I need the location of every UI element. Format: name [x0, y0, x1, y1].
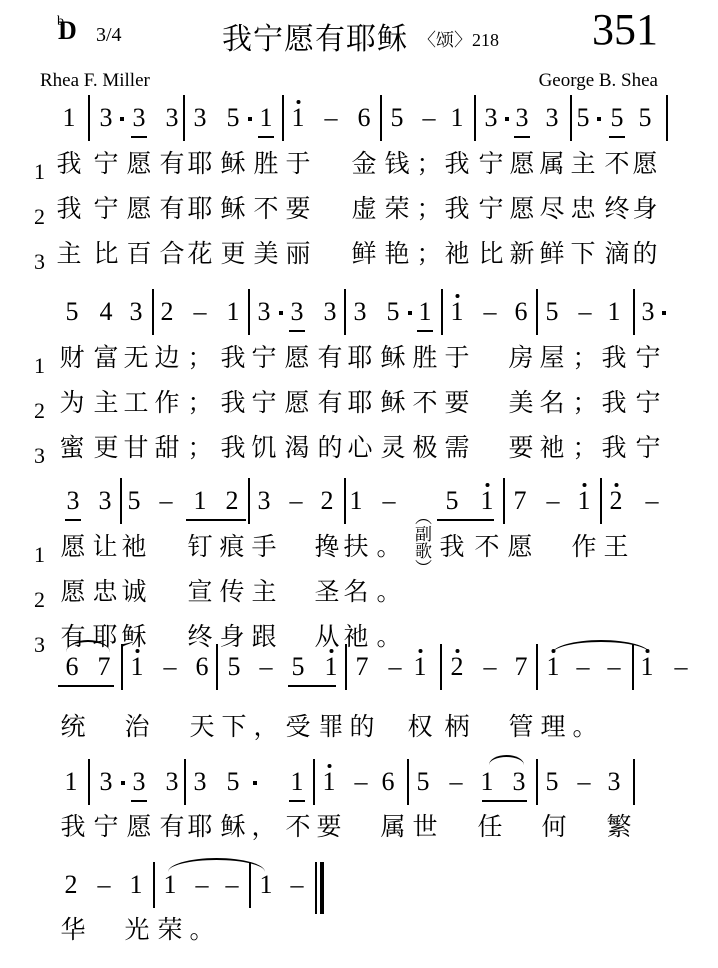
note: 5 [639, 103, 652, 133]
barline [407, 759, 409, 805]
lyric-char: 不 [604, 149, 629, 179]
lyric-char: 搀 [314, 532, 339, 562]
barline [633, 759, 635, 805]
note: 3 [166, 103, 179, 133]
octave-dot [455, 294, 459, 298]
lyric-char: 我 [60, 812, 85, 842]
dash-sustain: – [423, 103, 436, 133]
note: 7 [514, 486, 527, 516]
eighth-underline [289, 800, 305, 802]
note: 7 [515, 652, 528, 682]
note: 3 [642, 297, 655, 327]
lyric-char: 愿 [284, 343, 309, 373]
lyric-char: 虚 [351, 194, 376, 224]
lyric-char: 甘 [123, 433, 148, 463]
lyric-char: 房 [508, 343, 533, 373]
lyric-char: 要 [444, 388, 469, 418]
lyric-char: 渴 [284, 433, 309, 463]
lyric-char: 丽 [285, 239, 310, 269]
note: 6 [196, 652, 209, 682]
note: 5 [387, 297, 400, 327]
lyric-char: 饥 [251, 433, 276, 463]
lyric-char: 我 [220, 388, 245, 418]
lyric-char: 无 [123, 343, 148, 373]
note: 1 [481, 767, 494, 797]
lyric-char: 需 [444, 433, 469, 463]
lyric-char: ； [572, 343, 597, 373]
barline [600, 478, 602, 524]
note: 1 [350, 486, 363, 516]
verse-number: 1 [34, 353, 45, 379]
note: 3 [291, 297, 304, 327]
note: 1 [578, 486, 591, 516]
lyric-char: 罪 [318, 712, 343, 742]
octave-dot [296, 100, 300, 104]
barline [282, 95, 284, 141]
note: 2 [610, 486, 623, 516]
augmentation-dot [408, 311, 412, 315]
dash-sustain: – [290, 486, 303, 516]
note: 3 [130, 297, 143, 327]
note: 3 [258, 297, 271, 327]
note: 1 [414, 652, 427, 682]
octave-dot [327, 764, 331, 768]
beam-underline [58, 685, 114, 687]
lyric-char: 主 [251, 577, 276, 607]
dash-sustain: – [194, 297, 207, 327]
lyric-char: 作 [154, 388, 179, 418]
key-signature: D [58, 16, 77, 46]
lyric-char: ， [251, 812, 276, 842]
barline [570, 95, 572, 141]
barline [313, 759, 315, 805]
lyric-char: 我 [220, 433, 245, 463]
augmentation-dot [662, 311, 666, 315]
lyric-char: 花 [187, 239, 212, 269]
lyric-char: 百 [126, 239, 151, 269]
final-barline-thin [315, 862, 317, 914]
lyric-char: 光 [124, 915, 149, 945]
note: 1 [419, 297, 432, 327]
note: 3 [67, 486, 80, 516]
dash-sustain: – [196, 870, 209, 900]
lyric-char: 我 [220, 343, 245, 373]
slur-tie [489, 755, 524, 765]
barline [536, 759, 538, 805]
dash-sustain: – [291, 870, 304, 900]
lyric-char: 扶 [343, 532, 368, 562]
lyric-char: 愿 [509, 149, 534, 179]
dash-sustain: – [226, 870, 239, 900]
dash-sustain: – [547, 486, 560, 516]
lyric-char: 有 [317, 388, 342, 418]
lyric-char: 稣 [220, 149, 245, 179]
lyric-char: 富 [93, 343, 118, 373]
lyric-char: 主 [570, 149, 595, 179]
note: 1 [194, 486, 207, 516]
verse-number: 3 [34, 632, 45, 658]
verse-number: 2 [34, 398, 45, 424]
lyric-char: 钱 [384, 149, 409, 179]
lyric-char: 灵 [380, 433, 405, 463]
octave-dot [455, 649, 459, 653]
lyric-char: 天 [189, 712, 214, 742]
lyric-char: 鲜 [351, 239, 376, 269]
beam-underline [482, 800, 527, 802]
lyric-char: 繁 [606, 812, 631, 842]
lyric-char: 艳 [384, 239, 409, 269]
lyric-char: 。 [376, 622, 401, 652]
note: 5 [577, 103, 590, 133]
note: 3 [513, 767, 526, 797]
barline [88, 95, 90, 141]
augmentation-dot [121, 781, 125, 785]
beam-underline [186, 519, 246, 521]
dash-sustain: – [164, 652, 177, 682]
final-barline-thick [320, 862, 324, 914]
lyric-char: 有 [159, 194, 184, 224]
lyric-char: 圣 [314, 577, 339, 607]
note: 3 [546, 103, 559, 133]
lyric-char: 不 [253, 194, 278, 224]
barline [503, 478, 505, 524]
lyric-char: ； [416, 239, 441, 269]
octave-dot [582, 483, 586, 487]
note: 3 [133, 767, 146, 797]
note: 7 [98, 652, 111, 682]
lyric-char: 世 [412, 812, 437, 842]
lyric-char: 钉 [187, 532, 212, 562]
augmentation-dot [120, 117, 124, 121]
note: 2 [451, 652, 464, 682]
eighth-underline [609, 136, 625, 138]
beam-underline [288, 685, 336, 687]
lyric-char: 稣 [380, 388, 405, 418]
lyric-char: 王 [603, 532, 628, 562]
barline [152, 289, 154, 335]
lyric-char: 稣 [121, 622, 146, 652]
barline [474, 95, 476, 141]
lyric-char: 诚 [121, 577, 146, 607]
barline [441, 289, 443, 335]
note: 5 [66, 297, 79, 327]
barline [88, 759, 90, 805]
note: 5 [292, 652, 305, 682]
note: 1 [130, 870, 143, 900]
lyric-char: ； [572, 433, 597, 463]
verse-number: 3 [34, 249, 45, 275]
octave-dot [614, 483, 618, 487]
lyric-char: ； [187, 433, 212, 463]
note: 3 [608, 767, 621, 797]
lyric-char: ； [187, 388, 212, 418]
lyric-char: 愿 [60, 532, 85, 562]
lyric-char: 主 [93, 388, 118, 418]
eighth-underline [514, 136, 530, 138]
lyric-char: 我 [601, 433, 626, 463]
note: 1 [481, 486, 494, 516]
lyric-char: 金 [351, 149, 376, 179]
lyric-char: 愿 [126, 149, 151, 179]
lyric-char: 华 [60, 915, 85, 945]
lyric-char: 屋 [539, 343, 564, 373]
note: 1 [65, 767, 78, 797]
lyric-char: 要 [316, 812, 341, 842]
note: 6 [358, 103, 371, 133]
barline [633, 289, 635, 335]
barline [120, 478, 122, 524]
note: 3 [166, 767, 179, 797]
barline [153, 862, 155, 908]
lyric-char: 的 [632, 239, 657, 269]
dash-sustain: – [383, 486, 396, 516]
lyric-char: 为 [59, 388, 84, 418]
note: 3 [100, 767, 113, 797]
lyric-char: 传 [219, 577, 244, 607]
barline [121, 644, 123, 690]
barline [345, 644, 347, 690]
dash-sustain: – [646, 486, 659, 516]
hymn-number: 351 [592, 4, 658, 55]
lyric-char: 更 [220, 239, 245, 269]
dash-sustain: – [578, 767, 591, 797]
lyric-char: ， [253, 712, 278, 742]
lyric-char: 比 [93, 239, 118, 269]
lyric-char: 身 [632, 194, 657, 224]
lyric-char: 要 [285, 194, 310, 224]
note: 1 [131, 652, 144, 682]
note: 2 [226, 486, 239, 516]
lyric-char: 祂 [121, 532, 146, 562]
lyric-char: 管 [508, 712, 533, 742]
lyric-char: 耶 [347, 343, 372, 373]
lyric-char: 下 [570, 239, 595, 269]
dash-sustain: – [450, 767, 463, 797]
lyric-char: 的 [317, 433, 342, 463]
note: 1 [164, 870, 177, 900]
lyric-char: 不 [474, 532, 499, 562]
lyric-char: 美 [508, 388, 533, 418]
note: 3 [194, 103, 207, 133]
barline [248, 478, 250, 524]
note: 5 [128, 486, 141, 516]
lyric-char: ； [416, 194, 441, 224]
note: 1 [325, 652, 338, 682]
note: 7 [356, 652, 369, 682]
dash-sustain: – [577, 652, 590, 682]
note: 1 [451, 103, 464, 133]
lyric-char: 更 [93, 433, 118, 463]
eighth-underline [65, 519, 81, 521]
hymn-reference: 〈颂〉218 [418, 26, 499, 52]
chorus-label: ︵副歌︶ [412, 508, 430, 576]
eighth-underline [289, 330, 305, 332]
note: 2 [321, 486, 334, 516]
lyric-char: 荣 [384, 194, 409, 224]
lyric-char: 合 [159, 239, 184, 269]
barline [216, 644, 218, 690]
verse-number: 1 [34, 542, 45, 568]
lyric-char: 终 [187, 622, 212, 652]
lyric-char: 胜 [412, 343, 437, 373]
verse-number: 1 [34, 159, 45, 185]
note: 3 [100, 103, 113, 133]
lyric-char: 蜜 [59, 433, 84, 463]
dash-sustain: – [355, 767, 368, 797]
lyric-char: ； [416, 149, 441, 179]
note: 3 [99, 486, 112, 516]
lyric-char: 极 [412, 433, 437, 463]
note: 4 [100, 297, 113, 327]
note: 5 [391, 103, 404, 133]
note: 1 [292, 103, 305, 133]
barline [184, 759, 186, 805]
lyric-char: 何 [541, 812, 566, 842]
note: 3 [485, 103, 498, 133]
lyric-char: 耶 [187, 149, 212, 179]
lyric-char: 终 [604, 194, 629, 224]
lyric-char: 尽 [539, 194, 564, 224]
note: 3 [133, 103, 146, 133]
barline [536, 289, 538, 335]
lyric-char: 甜 [154, 433, 179, 463]
lyric-char: 。 [376, 577, 401, 607]
note: 1 [260, 103, 273, 133]
note: 1 [451, 297, 464, 327]
dash-sustain: – [160, 486, 173, 516]
eighth-underline [131, 136, 147, 138]
lyric-char: 我 [444, 149, 469, 179]
dash-sustain: – [675, 652, 688, 682]
note: 5 [446, 486, 459, 516]
note: 5 [417, 767, 430, 797]
lyric-char: 我 [601, 388, 626, 418]
lyric-char: 边 [154, 343, 179, 373]
lyric-char: 名 [539, 388, 564, 418]
lyric-char: 手 [251, 532, 276, 562]
lyric-char: 让 [92, 532, 117, 562]
lyric-char: 新 [509, 239, 534, 269]
lyric-char: 宁 [251, 343, 276, 373]
lyric-char: 愿 [126, 194, 151, 224]
barline [440, 644, 442, 690]
note: 5 [546, 297, 559, 327]
barline [344, 478, 346, 524]
note: 6 [515, 297, 528, 327]
dash-sustain: – [260, 652, 273, 682]
lyric-char: 有 [159, 149, 184, 179]
augmentation-dot [505, 117, 509, 121]
lyric-char: 稣 [220, 812, 245, 842]
barline [183, 95, 185, 141]
lyric-char: 愿 [632, 149, 657, 179]
lyric-char: 宁 [635, 433, 660, 463]
note: 1 [291, 767, 304, 797]
barline [248, 289, 250, 335]
eighth-underline [258, 136, 274, 138]
verse-number: 2 [34, 204, 45, 230]
lyric-char: 祂 [539, 433, 564, 463]
lyric-char: 权 [407, 712, 432, 742]
lyric-char: 荣 [157, 915, 182, 945]
dash-sustain: – [608, 652, 621, 682]
composer-credit: George B. Shea [539, 70, 658, 92]
hymn-title: 我宁愿有耶稣 [222, 14, 408, 58]
lyric-char: 宁 [478, 149, 503, 179]
lyric-char: 理 [540, 712, 565, 742]
note: 6 [382, 767, 395, 797]
note: 5 [227, 103, 240, 133]
lyric-char: 祂 [444, 239, 469, 269]
slur-tie [168, 858, 265, 872]
note: 1 [641, 652, 654, 682]
lyric-char: 我 [56, 149, 81, 179]
lyric-char: 痕 [219, 532, 244, 562]
note: 1 [227, 297, 240, 327]
lyric-char: 统 [60, 712, 85, 742]
lyric-char: 我 [56, 194, 81, 224]
lyric-char: 愿 [509, 194, 534, 224]
barline [536, 644, 538, 690]
lyric-char: 宁 [478, 194, 503, 224]
lyric-char: 稣 [380, 343, 405, 373]
slur-tie [552, 640, 650, 654]
lyric-char: 宁 [93, 149, 118, 179]
verse-number: 2 [34, 587, 45, 613]
eighth-underline [417, 330, 433, 332]
augmentation-dot [597, 117, 601, 121]
lyric-char: 耶 [187, 194, 212, 224]
lyric-char: 宁 [93, 812, 118, 842]
note: 1 [547, 652, 560, 682]
lyric-char: 愿 [284, 388, 309, 418]
lyric-char: 宁 [635, 388, 660, 418]
lyric-char: 柄 [444, 712, 469, 742]
dash-sustain: – [389, 652, 402, 682]
lyric-char: 属 [539, 149, 564, 179]
lyric-char: ； [572, 388, 597, 418]
note: 5 [611, 103, 624, 133]
note: 1 [323, 767, 336, 797]
lyric-char: 名 [343, 577, 368, 607]
lyric-char: 愿 [507, 532, 532, 562]
octave-dot [485, 483, 489, 487]
lyric-char: 于 [285, 149, 310, 179]
lyric-char: 宁 [635, 343, 660, 373]
lyric-char: 从 [314, 622, 339, 652]
note: 5 [228, 652, 241, 682]
lyric-char: 宣 [187, 577, 212, 607]
lyric-char: 下 [221, 712, 246, 742]
note: 5 [546, 767, 559, 797]
lyric-char: 。 [376, 532, 401, 562]
verse-number: 3 [34, 443, 45, 469]
lyric-char: 我 [601, 343, 626, 373]
octave-dot [329, 649, 333, 653]
lyric-char: 滴 [604, 239, 629, 269]
lyric-char: 身 [219, 622, 244, 652]
lyric-char: 忠 [570, 194, 595, 224]
barline [666, 95, 668, 141]
lyric-char: 作 [571, 532, 596, 562]
augmentation-dot [279, 311, 283, 315]
lyric-char: 愿 [126, 812, 151, 842]
lyric-char: 宁 [251, 388, 276, 418]
barline [380, 95, 382, 141]
lyric-char: 鲜 [539, 239, 564, 269]
barline [344, 289, 346, 335]
lyric-char: 。 [572, 712, 597, 742]
